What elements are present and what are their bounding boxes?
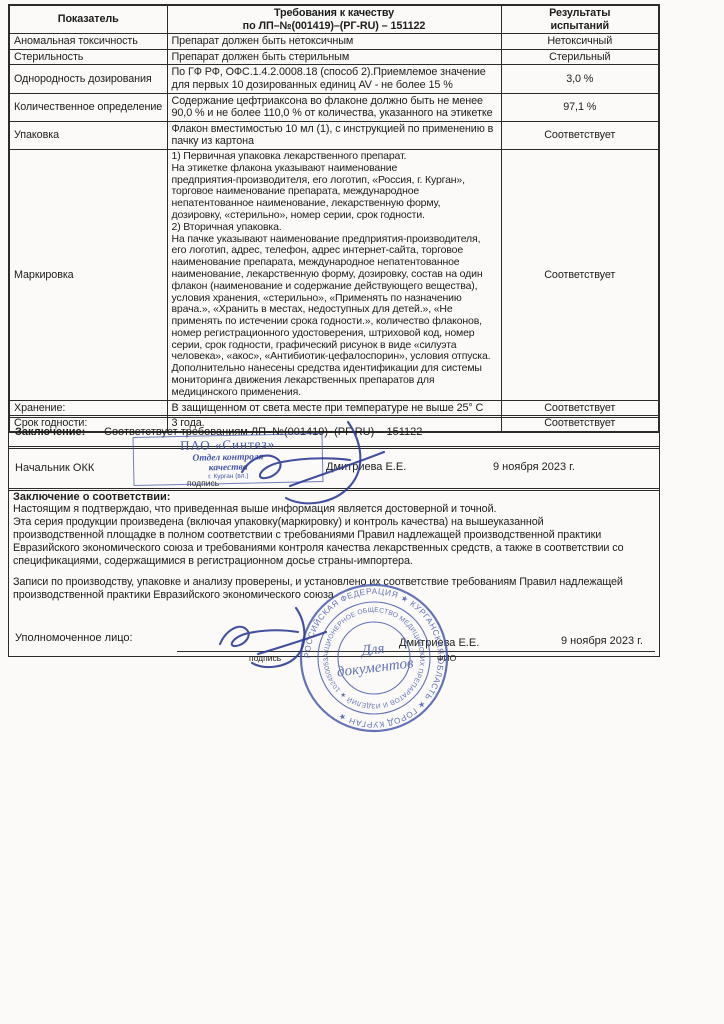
indicator-cell: Количественное определение [9, 93, 167, 121]
indicator-cell: Однородность дозирования [9, 65, 167, 93]
requirement-cell: Препарат должен быть нетоксичным [167, 34, 501, 50]
col-header-requirements: Требования к качеству по ЛП–№(001419)–(Р… [167, 5, 501, 34]
col-header-requirements-line2: по ЛП–№(001419)–(РГ-RU) – 151122 [172, 20, 497, 33]
col-header-requirements-line1: Требования к качеству [172, 7, 497, 20]
result-cell: Стерильный [501, 49, 659, 65]
requirement-cell: 1) Первичная упаковка лекарственного пре… [167, 149, 501, 400]
quality-table: Показатель Требования к качеству по ЛП–№… [8, 4, 660, 433]
result-cell: Соответствует [501, 121, 659, 149]
okk-signature-box: Начальник ОКК Дмитриева Е.Е. 9 ноября 20… [8, 446, 660, 491]
company-seal: РОССИЙСКАЯ ФЕДЕРАЦИЯ ★ КУРГАНСКАЯ ОБЛАСТ… [296, 580, 452, 736]
authorized-sign-date: 9 ноября 2023 г. [561, 635, 643, 647]
table-row: Хранение: В защищенном от света месте пр… [9, 400, 659, 416]
indicator-cell: Маркировка [9, 149, 167, 400]
qc-department-stamp: ПАО «Синтез» Отдел контроля качества г. … [133, 433, 324, 486]
table-row: Количественное определение Содержание це… [9, 93, 659, 121]
result-cell: Нетоксичный [501, 34, 659, 50]
requirement-cell: По ГФ РФ, ОФС.1.4.2.0008.18 (способ 2).П… [167, 65, 501, 93]
result-cell: Соответствует [501, 400, 659, 416]
table-row: Маркировка 1) Первичная упаковка лекарст… [9, 149, 659, 400]
compliance-paragraph-2: Эта серия продукции произведена (включая… [9, 516, 659, 568]
authorized-signature-caption: подпись [249, 653, 281, 663]
okk-sign-date: 9 ноября 2023 г. [493, 461, 575, 473]
col-header-results: Результаты испытаний [501, 5, 659, 34]
table-row: Стерильность Препарат должен быть стерил… [9, 49, 659, 65]
conclusion-box: Заключение: Соответствует требованиям ЛП… [8, 417, 660, 449]
table-row: Однородность дозирования По ГФ РФ, ОФС.1… [9, 65, 659, 93]
compliance-paragraph-1: Настоящим я подтверждаю, что приведенная… [9, 503, 659, 516]
indicator-cell: Упаковка [9, 121, 167, 149]
requirement-cell: Препарат должен быть стерильным [167, 49, 501, 65]
okk-signer-name: Дмитриева Е.Е. [326, 461, 406, 473]
requirement-cell: Содержание цефтриаксона во флаконе должн… [167, 93, 501, 121]
indicator-cell: Стерильность [9, 49, 167, 65]
okk-title: Начальник ОКК [15, 462, 94, 474]
result-cell: Соответствует [501, 149, 659, 400]
document-page: Показатель Требования к качеству по ЛП–№… [0, 0, 724, 1024]
seal-center-line2: документов [336, 655, 415, 680]
table-row: Аномальная токсичность Препарат должен б… [9, 34, 659, 50]
compliance-title: Заключение о соответствии: [9, 489, 659, 503]
conclusion-label: Заключение: [15, 426, 85, 438]
col-header-results-line2: испытаний [506, 20, 655, 33]
requirement-cell: Флакон вместимостью 10 мл (1), с инструк… [167, 121, 501, 149]
indicator-cell: Аномальная токсичность [9, 34, 167, 50]
table-header-row: Показатель Требования к качеству по ЛП–№… [9, 5, 659, 34]
result-cell: 3,0 % [501, 65, 659, 93]
table-row: Упаковка Флакон вместимостью 10 мл (1), … [9, 121, 659, 149]
requirement-cell: В защищенном от света месте при температ… [167, 400, 501, 416]
authorized-person-label: Уполномоченное лицо: [15, 632, 133, 644]
col-header-results-line1: Результаты [506, 7, 655, 20]
seal-center-line1: Для [359, 641, 386, 660]
indicator-cell: Хранение: [9, 400, 167, 416]
col-header-indicator: Показатель [9, 5, 167, 34]
result-cell: 97,1 % [501, 93, 659, 121]
